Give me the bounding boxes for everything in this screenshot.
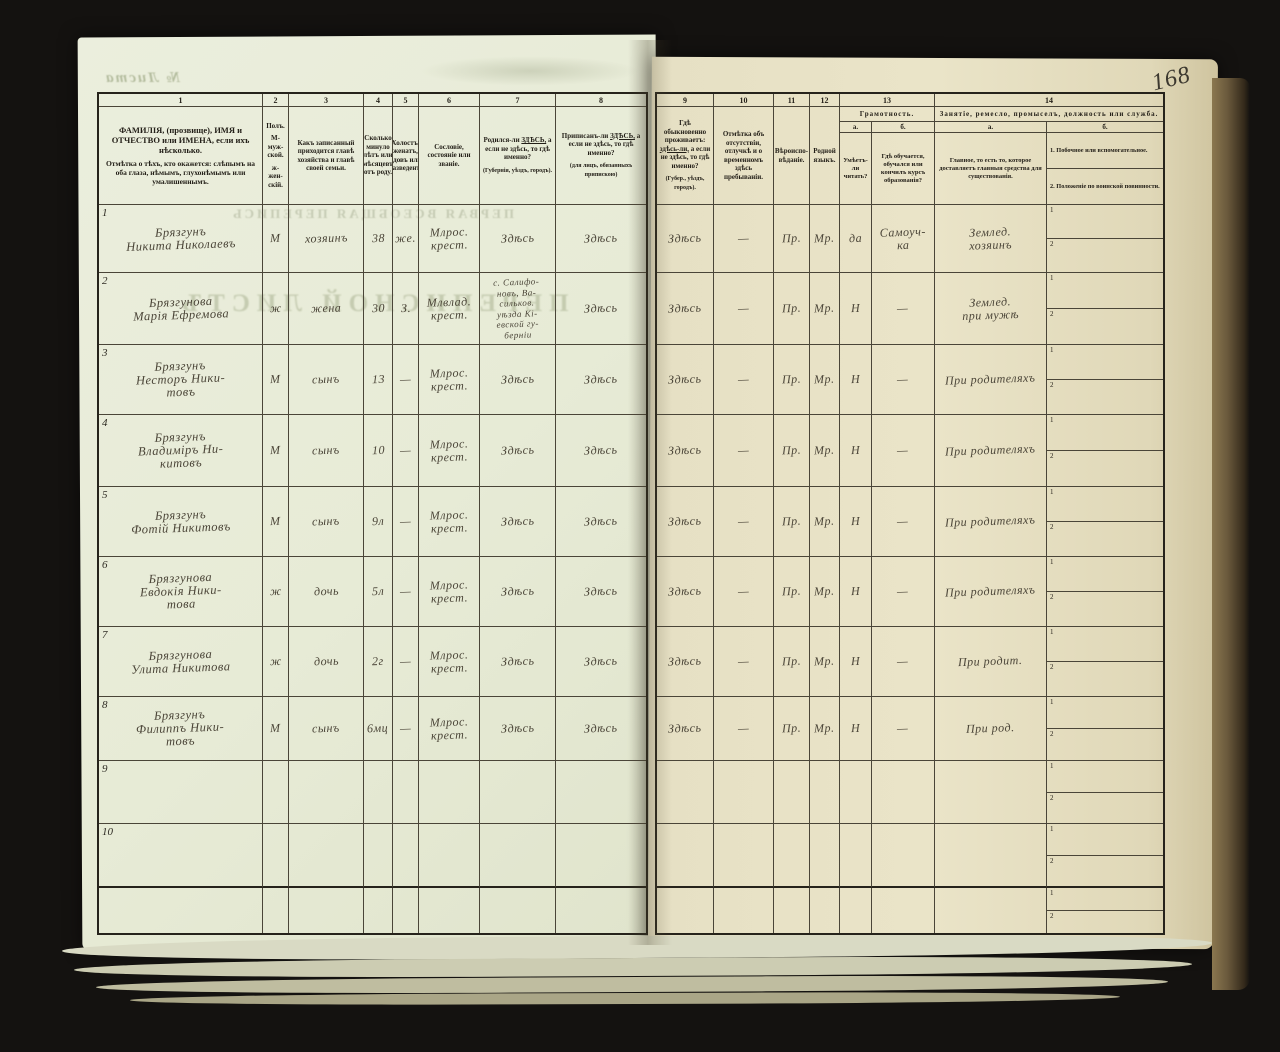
cell-lit_school-text: — [897,302,909,315]
cell-estate-text: Млрос. крест. [429,366,468,393]
cell-name [99,888,263,933]
cell-language: Мр. [810,415,840,487]
cell-lit_read-text: Н [851,585,861,598]
person-name: Брязгунова Евдокія Ники- това [139,571,222,613]
occ-secondary-sub-label: 1 [1050,274,1054,282]
row-number: 4 [102,417,108,429]
header-sex-l2: М-муж-ской. [265,134,286,160]
cell-relation: дочь [289,627,364,697]
cell-born: Здѣсь [480,627,556,697]
row-number: 6 [102,559,108,571]
cell-age-text: 2г [372,655,384,668]
col-number: 14 [935,94,1163,107]
page-stack-edge [130,991,1120,1005]
cell-marital-text: — [400,515,412,528]
census-table-right: 9 10 11 12 13 14 Гдѣ обыкновенно прожива… [655,92,1165,935]
cell-lives-text: Здѣсь [668,231,702,245]
row-number: 7 [102,629,108,641]
cell-born: Здѣсь [480,487,556,557]
occ-secondary-subcell: 2 [1047,380,1163,414]
header-literacy-title: Грамотность. [840,107,934,122]
cell-lit_read: Н [840,627,872,697]
cell-lit_school-text: — [897,373,909,386]
cell-occ_main-text: Землед. хозяинъ [969,225,1013,252]
cell-lives: Здѣсь [657,487,714,557]
header-born-note: (Губернія, уѣздъ, городъ). [483,167,552,176]
cell-absence-text: — [738,373,750,386]
row-number: 2 [102,275,108,287]
cell-lives: Здѣсь [657,557,714,627]
cell-estate-text: Млрос. крест. [429,437,468,464]
cell-born: Здѣсь [480,345,556,415]
header-literacy-b-label: б. [872,122,934,132]
table-rows-left: 1Брязгунъ Никита НиколаевъМхозяинъ38же.М… [99,205,646,933]
col-number: 9 [657,94,714,107]
occ-secondary-subcell: 2 [1047,911,1163,933]
cell-occ_main [935,888,1047,933]
cell-religion-text: Пр. [782,373,802,387]
cell-marital: — [393,415,419,487]
occ-secondary-sub-label: 2 [1050,593,1054,601]
cell-occ_main-text: При родит. [958,654,1023,669]
table-row: 7Брязгунова Улита Никитоваждочь2г—Млрос.… [99,627,646,697]
cell-lit_school: — [872,557,935,627]
header-name-line1: ФАМИЛІЯ, (прозвище), ИМЯ и ОТЧЕСТВО или … [105,125,256,155]
occ-secondary-sub-label: 1 [1050,628,1054,636]
cell-name: 3Брязгунъ Несторъ Ники- товъ [99,345,263,415]
table-row: Здѣсь—Пр.Мр.Н—Землед. при мужѣ12 [657,273,1163,345]
table-row: Здѣсь—Пр.Мр.Н—При род.12 [657,697,1163,761]
row-number: 9 [102,763,108,775]
cell-name: 9 [99,761,263,824]
occ-secondary-subcell: 1 [1047,824,1163,856]
cell-registered-text: Здѣсь [584,654,618,668]
occ-secondary-subcell: 1 [1047,345,1163,380]
cell-age: 13 [364,345,393,415]
header-age-column: Сколько минуло лѣтъ или мѣсяцевъ отъ род… [364,107,393,205]
cell-occ-secondary: 12 [1047,345,1163,415]
cell-occ-secondary: 12 [1047,273,1163,345]
cell-marital-text: же. [395,232,416,246]
header-occupation-b1: 1. Побочное или вспомогательное. [1047,133,1163,169]
cell-lit_school: — [872,487,935,557]
person-name: Брязгунъ Фотій Никитовъ [130,507,230,536]
cell-occ_main-text: При родителяхъ [945,371,1036,387]
header-occupation-b2: 2. Положеніе по воинской повинности. [1047,169,1163,204]
cell-religion: Пр. [774,487,810,557]
cell-lives [657,824,714,888]
cell-registered-text: Здѣсь [584,584,618,598]
occ-secondary-sub-label: 1 [1050,346,1054,354]
header-literacy-column: Грамотность. а. б. Умѣетъ-ли читать? Гдѣ… [840,107,935,205]
cell-relation [289,761,364,824]
cell-lives-text: Здѣсь [668,514,702,528]
cell-lit_school: — [872,697,935,761]
table-rows-right: Здѣсь—Пр.Мр.даСамоуч- каЗемлед. хозяинъ1… [657,205,1163,933]
cell-marital [393,761,419,824]
header-marital-column: Холостъ, женатъ, вдовъ или разведенъ. [393,107,419,205]
cell-registered [556,888,646,933]
occ-secondary-subcell: 1 [1047,697,1163,729]
occ-secondary-subcell: 2 [1047,239,1163,272]
cell-occ_main: Землед. хозяинъ [935,205,1047,273]
cell-absence-text: — [738,722,750,735]
cell-lit_school [872,888,935,933]
table-row: 5Брязгунъ Фотій НикитовъМсынъ9л—Млрос. к… [99,487,646,557]
occ-secondary-sub-label: 1 [1050,825,1054,833]
cell-lit_school: — [872,415,935,487]
table-row: Здѣсь—Пр.Мр.Н—При родит.12 [657,627,1163,697]
row-number: 5 [102,489,108,501]
col-number: 1 [99,94,263,107]
col-number: 7 [480,94,556,107]
census-table-left: 1 2 3 4 5 6 7 8 ФАМИЛІЯ, (прозвище), ИМЯ… [97,92,648,935]
table-row [99,888,646,933]
cell-relation: дочь [289,557,364,627]
cell-absence: — [714,205,774,273]
cell-registered-text: Здѣсь [584,231,618,245]
cell-lit_school-text: Самоуч- ка [880,225,927,253]
cell-sex: М [263,205,289,273]
row-number: 8 [102,699,108,711]
cell-occ-secondary: 12 [1047,888,1163,933]
cell-religion: Пр. [774,415,810,487]
cell-absence-text: — [738,585,750,598]
header-estate-column: Сословіе, состояніе или званіе. [419,107,480,205]
cell-registered: Здѣсь [556,557,646,627]
cell-absence-text: — [738,655,750,668]
header-occupation-title: Занятіе, ремесло, промыселъ, должность и… [935,107,1163,122]
cell-registered: Здѣсь [556,415,646,487]
table-row: 9 [99,761,646,824]
cell-estate-text: Млрос. крест. [429,648,468,675]
cell-lit_read-text: Н [851,655,861,668]
cell-occ_main: При родителяхъ [935,415,1047,487]
cell-relation: сынъ [289,697,364,761]
cell-marital-text: — [400,722,412,735]
cell-estate-text: Млрос. крест. [429,578,468,605]
cell-marital: — [393,557,419,627]
cell-language: Мр. [810,345,840,415]
cell-sex [263,888,289,933]
cell-age: 5л [364,557,393,627]
cell-born [480,761,556,824]
header-sex-l3: ж-жен-скій. [265,164,286,190]
occ-secondary-sub-label: 2 [1050,523,1054,531]
cell-language [810,824,840,888]
cell-marital [393,824,419,888]
cell-born-text: Здѣсь [501,721,535,735]
cell-sex: М [263,345,289,415]
cell-lit_read [840,824,872,888]
cell-marital: З. [393,273,419,345]
cell-born-text: с. Салифо- новъ, Ва- сильков. уѣзда Кі- … [493,276,541,341]
cell-estate-text: Млрос. крест. [429,715,468,742]
cell-estate-text: Млрос. крест. [429,508,468,535]
table-row: 3Брязгунъ Несторъ Ники- товъМсынъ13—Млро… [99,345,646,415]
header-literacy-a-text: Умѣетъ-ли читать? [840,133,872,204]
cell-language-text: Мр. [814,722,835,736]
table-row: 2Брязгунова Марія Ефремоважжена30З.Млвла… [99,273,646,345]
cell-absence: — [714,557,774,627]
cell-relation-text: дочь [313,655,338,669]
cell-age: 9л [364,487,393,557]
occ-secondary-sub-label: 2 [1050,912,1054,920]
cell-language: Мр. [810,205,840,273]
occ-secondary-subcell: 1 [1047,761,1163,793]
cell-lit_school-text: — [897,655,909,668]
cell-absence: — [714,697,774,761]
cell-age: 6мц [364,697,393,761]
cell-occ-secondary: 12 [1047,487,1163,557]
cell-lit_read: Н [840,697,872,761]
occ-secondary-sub-label: 2 [1050,730,1054,738]
cell-relation-text: жена [311,301,342,315]
cell-occ_main-text: При родителяхъ [945,442,1036,458]
col-number: 8 [556,94,646,107]
cell-lives-text: Здѣсь [668,654,702,668]
occ-secondary-sub-label: 2 [1050,240,1054,248]
header-registered-column: Приписанъ-ли ЗДѢСЬ, а если не здѣсь, то … [556,107,646,205]
col-number: 4 [364,94,393,107]
occ-secondary-sub-label: 2 [1050,663,1054,671]
row-number: 3 [102,347,108,359]
cell-occ-secondary: 12 [1047,697,1163,761]
cell-religion: Пр. [774,345,810,415]
cell-estate: Млвлад. крест. [419,273,480,345]
cell-absence-text: — [738,302,750,315]
cell-lit_read: Н [840,557,872,627]
cell-relation-text: сынъ [312,444,340,458]
person-name: Брязгунова Марія Ефремова [132,294,229,323]
cell-lit_school [872,761,935,824]
cell-registered [556,824,646,888]
header-lives-column: Гдѣ обыкновенно проживаетъ: здѣсь-ли, а … [657,107,714,205]
cell-name: 6Брязгунова Евдокія Ники- това [99,557,263,627]
cell-born: Здѣсь [480,205,556,273]
cell-born-text: Здѣсь [501,584,535,598]
cell-occ-secondary: 12 [1047,415,1163,487]
header-occupation-column: Занятіе, ремесло, промыселъ, должность и… [935,107,1163,205]
occ-secondary-subcell: 1 [1047,557,1163,592]
cell-sex-text: ж [269,655,281,668]
column-numbers-left: 1 2 3 4 5 6 7 8 [99,94,646,107]
header-occupation-b-label: б. [1047,122,1163,132]
cell-born: Здѣсь [480,415,556,487]
cell-name: 2Брязгунова Марія Ефремова [99,273,263,345]
cell-language: Мр. [810,273,840,345]
header-name-column: ФАМИЛІЯ, (прозвище), ИМЯ и ОТЧЕСТВО или … [99,107,263,205]
header-language-column: Родной языкъ. [810,107,840,205]
cell-relation [289,888,364,933]
cell-language-text: Мр. [814,585,835,599]
cell-estate-text: Млвлад. крест. [426,295,471,323]
cell-sex [263,824,289,888]
cell-absence [714,888,774,933]
cell-lives-text: Здѣсь [668,584,702,598]
cell-absence: — [714,273,774,345]
cell-registered-text: Здѣсь [584,514,618,528]
cell-religion-text: Пр. [782,585,802,599]
occ-secondary-sub-label: 1 [1050,558,1054,566]
cell-lit_school-text: — [897,444,909,457]
table-row: Здѣсь—Пр.Мр.Н—При родителяхъ12 [657,415,1163,487]
occ-secondary-subcell: 2 [1047,662,1163,696]
cell-age: 38 [364,205,393,273]
cell-religion-text: Пр. [782,444,802,458]
cell-language-text: Мр. [814,302,835,316]
cell-marital: — [393,627,419,697]
cell-sex [263,761,289,824]
bleedthrough-smudge [420,56,640,86]
occ-secondary-sub-label: 2 [1050,857,1054,865]
cell-religion-text: Пр. [782,515,802,529]
cell-occ_main: Землед. при мужѣ [935,273,1047,345]
person-name: Брязгунова Улита Никитова [130,647,230,676]
cell-absence: — [714,415,774,487]
cell-registered-text: Здѣсь [584,443,618,457]
cell-registered: Здѣсь [556,487,646,557]
cell-religion-text: Пр. [782,655,802,669]
cell-registered: Здѣсь [556,205,646,273]
cell-name: 5Брязгунъ Фотій Никитовъ [99,487,263,557]
cell-lit_read [840,888,872,933]
col-number: 2 [263,94,289,107]
cell-born: Здѣсь [480,697,556,761]
cell-name: 4Брязгунъ Владиміръ Ни- китовъ [99,415,263,487]
header-relation-column: Какъ записанный приходится главѣ хозяйст… [289,107,364,205]
cell-marital-text: — [400,585,412,598]
row-number: 10 [102,826,113,838]
cell-lives: Здѣсь [657,415,714,487]
cell-lives-text: Здѣсь [668,301,702,315]
cell-born-text: Здѣсь [501,654,535,668]
header-religion-column: Вѣроиспо-вѣданіе. [774,107,810,205]
cell-name: 10 [99,824,263,888]
table-row: 6Брязгунова Евдокія Ники- товаждочь5л—Мл… [99,557,646,627]
cell-age: 2г [364,627,393,697]
cell-occ_main: При род. [935,697,1047,761]
book-edge [1212,78,1250,990]
cell-language-text: Мр. [814,232,835,246]
col-number: 11 [774,94,810,107]
cell-lives [657,761,714,824]
cell-lives: Здѣсь [657,273,714,345]
cell-religion [774,888,810,933]
person-name: Брязгунъ Владиміръ Ни- китовъ [137,430,224,472]
header-registered-note: (для лицъ, обязанныхъ припискою) [558,162,644,179]
cell-lives-text: Здѣсь [668,443,702,457]
cell-lit_read: Н [840,415,872,487]
cell-age-text: 30 [371,302,384,315]
cell-language-text: Мр. [814,444,835,458]
person-name: Брязгунъ Филиппъ Ники- товъ [136,707,225,749]
cell-occ_main: При родит. [935,627,1047,697]
cell-sex-text: М [270,515,281,528]
table-row: 1Брязгунъ Никита НиколаевъМхозяинъ38же.М… [99,205,646,273]
person-name: Брязгунъ Никита Николаевъ [125,224,236,254]
cell-occ_main: При родителяхъ [935,557,1047,627]
col-number: 13 [840,94,935,107]
table-row: 12 [657,824,1163,888]
cell-religion: Пр. [774,557,810,627]
cell-relation: хозяинъ [289,205,364,273]
cell-marital: — [393,345,419,415]
header-occupation-a-label: а. [935,122,1047,132]
occ-secondary-sub-label: 2 [1050,794,1054,802]
cell-relation: сынъ [289,487,364,557]
cell-religion-text: Пр. [782,232,802,246]
occ-secondary-subcell: 2 [1047,729,1163,760]
cell-occ-secondary: 12 [1047,627,1163,697]
cell-registered-text: Здѣсь [584,301,618,315]
table-row: 10 [99,824,646,888]
cell-lives [657,888,714,933]
cell-lit_school-text: — [897,585,909,598]
occ-secondary-subcell: 1 [1047,888,1163,911]
cell-religion-text: Пр. [782,302,802,316]
cell-registered: Здѣсь [556,627,646,697]
header-occupation-a-text: Главное, то есть то, которое доставляетъ… [935,133,1047,204]
occ-secondary-subcell: 1 [1047,273,1163,309]
cell-occ_main [935,824,1047,888]
cell-estate: Млрос. крест. [419,345,480,415]
cell-lit_read-text: Н [851,373,861,386]
occ-secondary-subcell: 1 [1047,205,1163,239]
cell-registered [556,761,646,824]
table-row: 12 [657,761,1163,824]
cell-religion [774,761,810,824]
cell-absence-text: — [738,232,750,245]
cell-age-text: 10 [371,444,384,457]
cell-language-text: Мр. [814,373,835,387]
col-number: 6 [419,94,480,107]
cell-lit_school: — [872,627,935,697]
cell-estate-text: Млрос. крест. [429,225,468,252]
cell-lit_school: — [872,345,935,415]
cell-born [480,824,556,888]
occ-secondary-subcell: 2 [1047,856,1163,887]
cell-age [364,888,393,933]
cell-absence [714,824,774,888]
cell-marital-text: — [400,373,412,386]
cell-estate: Млрос. крест. [419,557,480,627]
cell-absence-text: — [738,444,750,457]
cell-relation-text: сынъ [312,515,340,529]
cell-lit_read-text: Н [851,722,861,735]
cell-sex-text: М [270,444,281,457]
cell-lives-text: Здѣсь [668,721,702,735]
cell-age [364,761,393,824]
header-literacy-b-text: Гдѣ обучается, обучался или кончилъ курс… [872,133,934,204]
cell-religion: Пр. [774,697,810,761]
cell-religion-text: Пр. [782,722,802,736]
cell-sex: ж [263,557,289,627]
cell-age-text: 6мц [367,722,389,736]
cell-lit_read-text: Н [851,302,861,315]
cell-lit_school-text: — [897,722,909,735]
cell-language [810,761,840,824]
cell-lives: Здѣсь [657,205,714,273]
cell-lit_read: да [840,205,872,273]
cell-registered-text: Здѣсь [584,372,618,386]
cell-language-text: Мр. [814,515,835,529]
column-numbers-right: 9 10 11 12 13 14 [657,94,1163,107]
cell-lives: Здѣсь [657,697,714,761]
cell-sex: М [263,415,289,487]
cell-language: Мр. [810,487,840,557]
bleedthrough-list-number: № Листа [104,70,180,87]
